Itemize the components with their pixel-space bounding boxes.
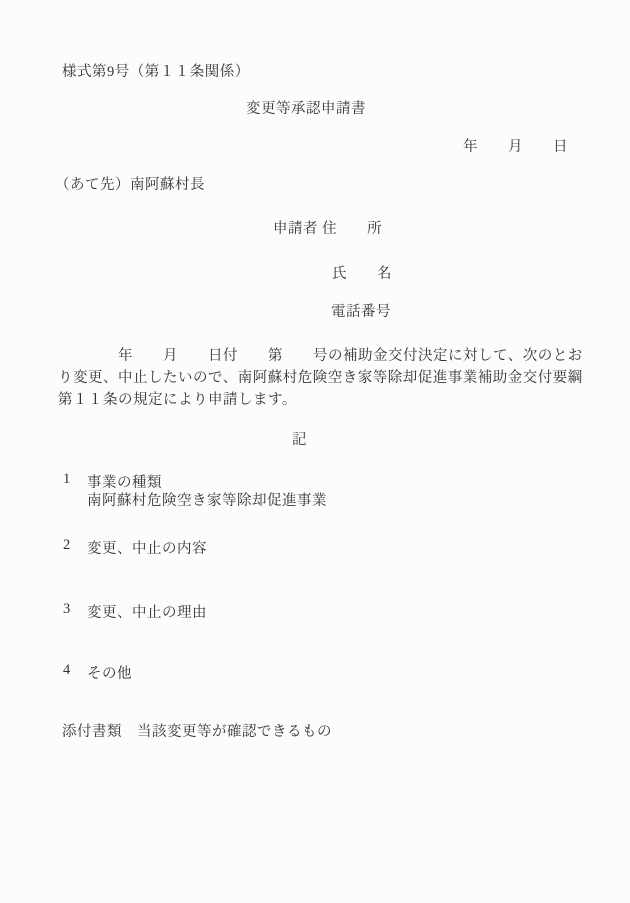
list-item-3: 3 変更、中止の理由 — [0, 601, 630, 619]
body-paragraph-line-3: 第１１条の規定により申請します。 — [58, 392, 297, 409]
attachment-note: 添付書類 当該変更等が確認できるもの — [62, 724, 332, 741]
item-1-label: 事業の種類 — [87, 471, 162, 492]
item-1-number: 1 — [63, 471, 71, 488]
document-title: 変更等承認申請書 — [246, 101, 366, 118]
item-3-number: 3 — [63, 601, 71, 618]
item-4-label: その他 — [87, 662, 132, 683]
ki-heading: 記 — [292, 432, 307, 449]
document-page: 様式第9号（第１１条関係） 変更等承認申請書 年 月 日 （あて先）南阿蘇村長 … — [0, 0, 630, 903]
date-blank-line: 年 月 日 — [463, 139, 568, 156]
item-3-label: 変更、中止の理由 — [87, 601, 207, 622]
item-2-label: 変更、中止の内容 — [87, 537, 207, 558]
list-item-1: 1 事業の種類 — [0, 471, 630, 489]
form-number: 様式第9号（第１１条関係） — [62, 64, 250, 81]
applicant-address-label: 申請者 住 所 — [273, 221, 382, 238]
body-paragraph-line-1: 年 月 日付 第 号の補助金交付決定に対して、次のとお — [58, 348, 583, 365]
applicant-name-label: 氏 名 — [332, 266, 392, 283]
item-4-number: 4 — [63, 662, 71, 679]
addressee-line: （あて先）南阿蘇村長 — [55, 177, 205, 194]
list-item-2: 2 変更、中止の内容 — [0, 537, 630, 555]
list-item-4: 4 その他 — [0, 662, 630, 680]
item-2-number: 2 — [63, 537, 71, 554]
body-paragraph-line-2: り変更、中止したいので、南阿蘇村危険空き家等除却促進事業補助金交付要綱 — [58, 370, 583, 387]
applicant-phone-label: 電話番号 — [331, 304, 391, 321]
item-1-subtext: 南阿蘇村危険空き家等除却促進事業 — [87, 493, 327, 510]
